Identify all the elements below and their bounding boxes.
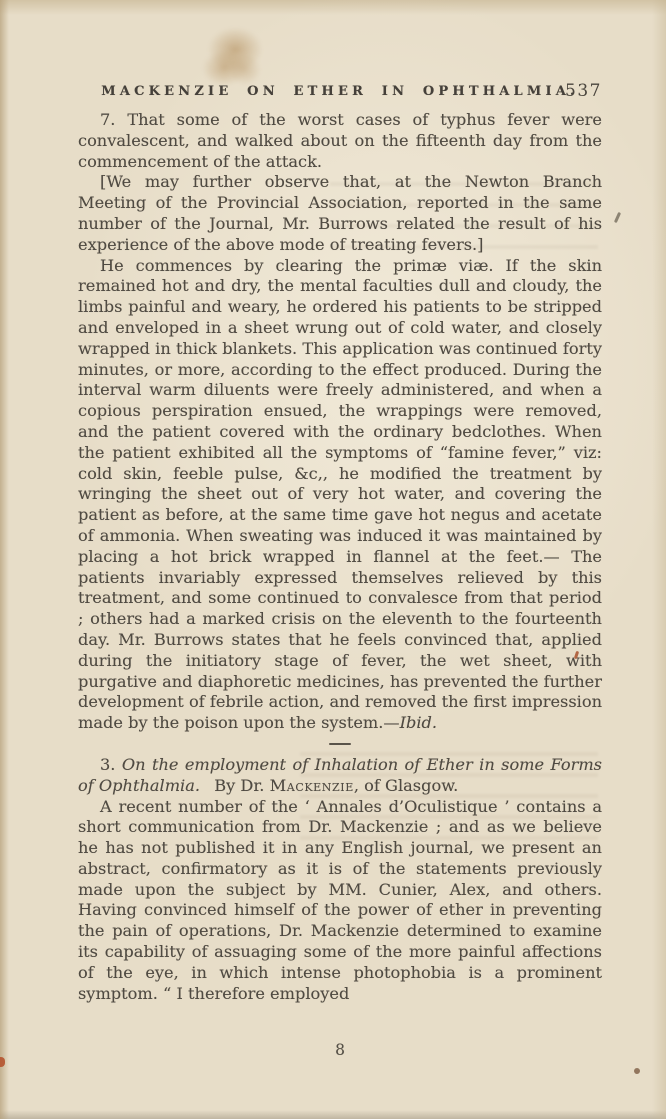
page-number: 537 xyxy=(565,81,602,101)
paper-stain xyxy=(200,26,264,88)
paragraph-typhus-item: 7. That some of the worst cases of typhu… xyxy=(78,110,602,172)
margin-ink-mark xyxy=(614,212,621,223)
paragraph-text: He commences by clearing the primæ viæ. … xyxy=(78,256,602,733)
running-head: MACKENZIE ON ETHER IN OPHTHALMIA. 537 xyxy=(78,84,602,104)
corner-brown-dot xyxy=(634,1068,640,1074)
article-author: Mackenzie xyxy=(270,776,354,795)
edge-red-speck xyxy=(0,1057,5,1067)
article-number: 3. xyxy=(100,755,115,774)
paragraph-mackenzie-intro: A recent number of the ‘ Annales d’Oculi… xyxy=(78,797,602,1005)
byline-prefix: By Dr. xyxy=(214,776,264,795)
running-head-title: MACKENZIE ON ETHER IN OPHTHALMIA. xyxy=(78,84,602,99)
paragraph-editorial-note: [We may further observe that, at the New… xyxy=(78,172,602,255)
byline-suffix: , of Glasgow. xyxy=(354,776,458,795)
text-block: 7. That some of the worst cases of typhu… xyxy=(78,110,602,1004)
scanned-page: MACKENZIE ON ETHER IN OPHTHALMIA. 537 7.… xyxy=(0,0,666,1119)
signature-mark: 8 xyxy=(78,1041,602,1059)
section-divider-rule xyxy=(329,743,351,745)
citation-ibid: Ibid. xyxy=(400,713,437,732)
article-heading: 3. On the employment of Inhalation of Et… xyxy=(78,755,602,797)
paragraph-burrows-treatment: He commences by clearing the primæ viæ. … xyxy=(78,256,602,734)
